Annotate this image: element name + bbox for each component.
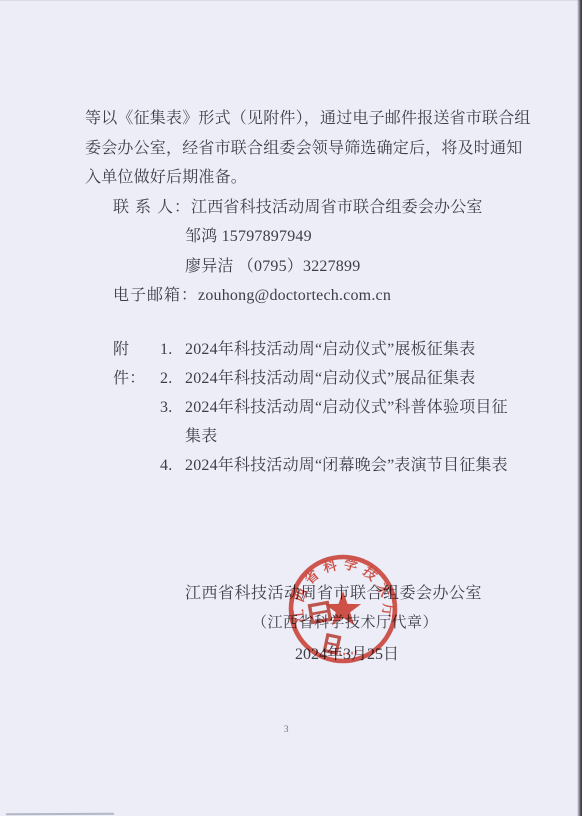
attachment-title-line1: 2024年科技活动周“启动仪式”科普体验项目征 [185, 393, 543, 422]
email-address: zouhong@doctortech.com.cn [198, 281, 391, 311]
attachments-list: 附件： 1. 2024年科技活动周“启动仪式”展板征集表 2. 2024年科技活… [113, 335, 543, 480]
attachment-title-line2: 集表 [185, 422, 543, 451]
attachment-number: 2. [160, 364, 185, 393]
signature-organization: 江西省科技活动周省市联合组委会办公室 [185, 580, 482, 603]
attachment-title: 2024年科技活动周“闭幕晚会”表演节目征集表 [185, 451, 543, 480]
scan-top-edge [0, 0, 582, 1]
contact-label-spacer [113, 252, 185, 282]
attachment-item: 1. 2024年科技活动周“启动仪式”展板征集表 [160, 335, 543, 364]
paragraph-line: 入单位做好后期准备。 [85, 163, 537, 193]
contact-phone-row: 邹鸿 15797897949 [113, 222, 537, 252]
paragraph-line: 委会办公室，经省市联合组委会领导筛选确定后，将及时通知 [85, 134, 537, 164]
attachment-item: 4. 2024年科技活动周“闭幕晚会”表演节目征集表 [160, 451, 543, 480]
scan-bottom-edge [6, 813, 114, 816]
attachments-items: 1. 2024年科技活动周“启动仪式”展板征集表 2. 2024年科技活动周“启… [160, 335, 543, 480]
attachments-label: 附件： [113, 335, 160, 480]
page-number: 3 [284, 724, 289, 734]
contact-label: 联 系 人： [113, 193, 191, 223]
contact-person-1: 邹鸿 15797897949 [185, 222, 312, 252]
contact-person-row: 联 系 人： 江西省科技活动周省市联合组委会办公室 [113, 193, 537, 223]
attachment-item: 2. 2024年科技活动周“启动仪式”展品征集表 [160, 364, 543, 393]
attachment-item: 3. 2024年科技活动周“启动仪式”科普体验项目征 集表 [160, 393, 543, 451]
attachment-number: 4. [160, 451, 185, 480]
attachment-title: 2024年科技活动周“启动仪式”展品征集表 [185, 364, 543, 393]
email-label: 电子邮箱： [113, 281, 198, 311]
contact-label-spacer [113, 222, 185, 252]
attachments-row: 附件： 1. 2024年科技活动周“启动仪式”展板征集表 2. 2024年科技活… [113, 335, 543, 480]
signature-proxy-note: （江西省科学技术厅代章） [252, 611, 438, 632]
body-text: 等以《征集表》形式（见附件），通过电子邮件报送省市联合组 委会办公室，经省市联合… [85, 104, 537, 311]
attachment-number: 1. [160, 335, 185, 364]
attachment-title: 2024年科技活动周“启动仪式”展板征集表 [185, 335, 543, 364]
contact-phone-row: 廖异洁 （0795）3227899 [113, 252, 537, 282]
scan-right-edge [577, 0, 582, 816]
scanned-document-page: { "page": { "background": "#ecedf7", "te… [0, 0, 582, 816]
attachment-title: 2024年科技活动周“启动仪式”科普体验项目征 集表 [185, 393, 543, 451]
paragraph-line: 等以《征集表》形式（见附件），通过电子邮件报送省市联合组 [85, 104, 537, 134]
contact-person-2: 廖异洁 （0795）3227899 [185, 252, 360, 282]
signature-date: 2024年3月25日 [295, 641, 399, 664]
contact-office: 江西省科技活动周省市联合组委会办公室 [191, 193, 483, 223]
attachment-number: 3. [160, 393, 185, 451]
contact-email-row: 电子邮箱： zouhong@doctortech.com.cn [113, 281, 537, 311]
